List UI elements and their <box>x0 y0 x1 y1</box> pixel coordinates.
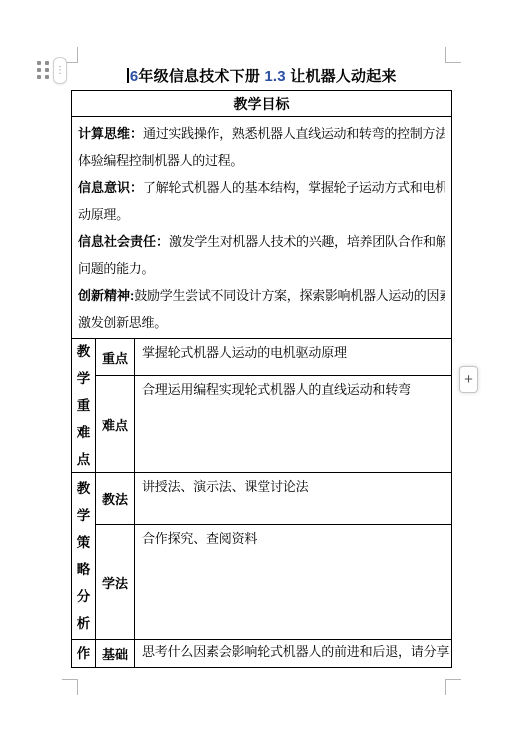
lesson-plan-table: 教学目标 计算思维：通过实践操作，熟悉机器人直线运动和转弯的控制方法， 体验编程… <box>71 90 452 668</box>
row-content-cell[interactable]: 合理运用编程实现轮式机器人的直线运动和转弯 <box>135 376 451 472</box>
margin-crop-mark-bottom-right <box>445 679 461 695</box>
document-title[interactable]: 6年级信息技术下册 1.3 让机器人动起来 <box>0 66 524 88</box>
text-cursor <box>127 68 129 83</box>
objective-line: 信息意识：了解轮式机器人的基本结构，掌握轮子运动方式和电机驱 <box>78 174 445 201</box>
objectives-cell[interactable]: 计算思维：通过实践操作，熟悉机器人直线运动和转弯的控制方法， 体验编程控制机器人… <box>72 117 451 339</box>
table-row: 难点 合理运用编程实现轮式机器人的直线运动和转弯 <box>96 376 451 472</box>
table-header-label: 教学目标 <box>234 94 290 114</box>
table-row: 重点 掌握轮式机器人运动的电机驱动原理 <box>96 339 451 376</box>
row-label-cell[interactable]: 基础 <box>96 640 135 667</box>
objective-line: 体验编程控制机器人的过程。 <box>78 147 445 174</box>
row-content-cell[interactable]: 思考什么因素会影响轮式机器人的前进和后退，请分享自 <box>135 640 451 667</box>
section-teaching-strategy: 教学策略分析 教法 讲授法、演示法、课堂讨论法 学法 合作探究、查阅资料 <box>72 473 451 640</box>
objective-line: 计算思维：通过实践操作，熟悉机器人直线运动和转弯的控制方法， <box>78 120 445 147</box>
objective-line: 动原理。 <box>78 201 445 228</box>
title-segment: 年级信息技术下册 <box>138 68 264 85</box>
section-group-label: 教学重难点 <box>76 339 91 472</box>
document-page: { "colors": { "accent_blue": "#2B4FA5", … <box>0 0 524 742</box>
table-row: 教法 讲授法、演示法、课堂讨论法 <box>96 473 451 525</box>
section-group-label: 教学策略分析 <box>76 475 91 637</box>
plus-icon: + <box>464 372 473 387</box>
margin-crop-mark-bottom-left <box>62 679 78 695</box>
title-segment: 1.3 <box>264 68 285 85</box>
section-group-cell[interactable]: 作 <box>72 640 96 667</box>
row-content-cell[interactable]: 掌握轮式机器人运动的电机驱动原理 <box>135 339 451 375</box>
section-group-cell[interactable]: 教学策略分析 <box>72 473 96 639</box>
row-label-cell[interactable]: 重点 <box>96 339 135 375</box>
objective-line: 创新精神:鼓励学生尝试不同设计方案，探索影响机器人运动的因素， <box>78 282 445 309</box>
margin-crop-mark-top-right <box>445 47 461 63</box>
table-header-row[interactable]: 教学目标 <box>72 91 451 117</box>
section-homework: 作 基础 思考什么因素会影响轮式机器人的前进和后退，请分享自 <box>72 640 451 667</box>
objective-line: 信息社会责任：激发学生对机器人技术的兴趣，培养团队合作和解决 <box>78 228 445 255</box>
objective-line: 问题的能力。 <box>78 255 445 282</box>
section-group-label: 作 <box>76 640 91 667</box>
row-content-cell[interactable]: 合作探究、查阅资料 <box>135 525 451 639</box>
row-label-cell[interactable]: 难点 <box>96 376 135 472</box>
row-label-cell[interactable]: 教法 <box>96 473 135 524</box>
objective-line: 激发创新思维。 <box>78 309 445 336</box>
section-group-cell[interactable]: 教学重难点 <box>72 339 96 472</box>
row-label-cell[interactable]: 学法 <box>96 525 135 639</box>
table-row: 学法 合作探究、查阅资料 <box>96 525 451 639</box>
section-key-difficult-points: 教学重难点 重点 掌握轮式机器人运动的电机驱动原理 难点 合理运用编程实现轮式机… <box>72 339 451 473</box>
row-content-cell[interactable]: 讲授法、演示法、课堂讨论法 <box>135 473 451 524</box>
insert-plus-button[interactable]: + <box>459 366 478 393</box>
title-segment: 让机器人动起来 <box>286 68 397 85</box>
